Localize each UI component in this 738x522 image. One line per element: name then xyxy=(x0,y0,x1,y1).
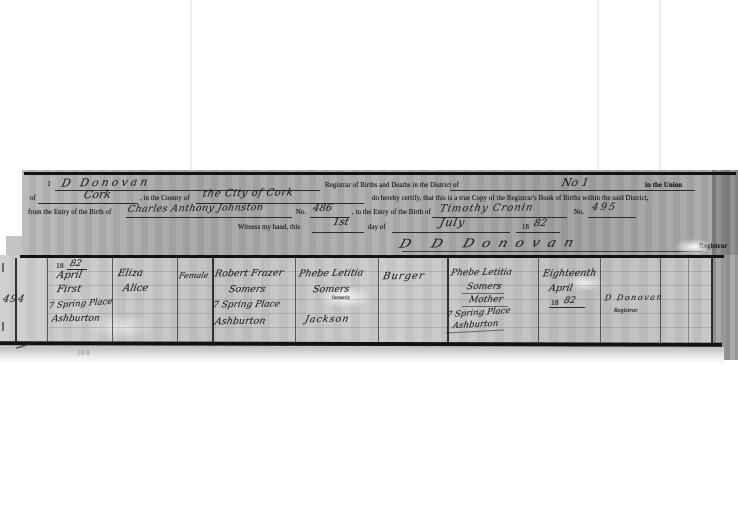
informant-name-line2: Somers xyxy=(466,282,502,292)
scan-streak xyxy=(190,0,192,170)
mother-name-line1: Phebe Letitia xyxy=(298,268,365,280)
table-ruling xyxy=(47,271,711,272)
no-label-2: No. xyxy=(574,209,584,216)
fill-in-line xyxy=(450,190,695,191)
birth-year-prefix-printed: 18 xyxy=(56,261,64,270)
fill-in-line xyxy=(588,217,636,218)
table-top-border xyxy=(20,255,724,258)
from-entry-no-handwritten: 486 xyxy=(312,203,333,214)
scan-streak xyxy=(597,0,599,170)
fill-in-line xyxy=(516,232,560,233)
table-ruling xyxy=(47,327,711,328)
fill-in-line xyxy=(126,217,292,218)
fill-in-line xyxy=(392,232,510,233)
scan-white-blotch xyxy=(668,236,720,258)
certificate-intro: I xyxy=(48,181,50,188)
certify-text-printed: do hereby certify, that this is a true C… xyxy=(372,195,649,202)
mother-maiden-name: Jackson xyxy=(304,314,351,326)
birth-year-handwritten: 82 xyxy=(69,259,82,269)
witness-label: Witness my hand, this xyxy=(238,224,300,231)
entry-registrar-label: Registrar. xyxy=(614,308,639,314)
informant-qualification: Mother xyxy=(468,295,504,305)
father-profession: Burger xyxy=(382,271,426,283)
registered-year-handwritten: 82 xyxy=(563,296,576,306)
next-entry-fragment: 18 8 xyxy=(77,349,90,357)
birth-day: First xyxy=(56,284,82,295)
formerly-label-printed: formerly xyxy=(332,296,350,301)
witness-day-handwritten: 1st xyxy=(332,217,350,228)
fill-in-line xyxy=(38,203,138,204)
witness-year-prefix: 18 xyxy=(522,224,529,231)
father-name-line2: Somers xyxy=(228,284,267,296)
union-suffix-printed: in the Union xyxy=(645,182,682,189)
birth-month: April xyxy=(56,270,83,281)
day-of-label: day of xyxy=(368,224,386,231)
of-label: of xyxy=(30,195,36,202)
scan-pen-mark xyxy=(2,263,4,272)
father-address-line1: 7 Spring Place xyxy=(212,300,281,311)
witness-year-handwritten: 82 xyxy=(533,218,548,229)
registered-date-line1: Eighteenth xyxy=(542,268,598,280)
table-ruling xyxy=(47,313,711,314)
mother-name-line2: Somers xyxy=(312,284,351,296)
father-name-line1: Robert Frazer xyxy=(214,268,284,280)
table-column-line xyxy=(711,258,713,343)
child-sex: Female xyxy=(178,271,209,280)
to-entry-no-handwritten: 495 xyxy=(591,202,618,213)
certificate-signature-handwritten: D D Donovan xyxy=(398,235,584,250)
child-name-line1: Eliza xyxy=(117,268,144,279)
child-name-line2: Alice xyxy=(122,283,149,294)
county-label: , in the County of xyxy=(140,195,190,202)
father-address-line2: Ashburton xyxy=(214,316,267,328)
entry-number: 494 xyxy=(2,294,26,305)
signature-line xyxy=(402,251,702,252)
union-name-handwritten: Cork xyxy=(83,188,113,201)
registrar-title-printed: Registrar of Births and Deaths in the Di… xyxy=(325,182,459,189)
scanned-birth-certificate-page: I D Donovan Registrar of Births and Deat… xyxy=(0,0,738,522)
county-name-handwritten: the City of Cork xyxy=(202,187,295,199)
informant-name-line1: Phebe Letitia xyxy=(450,268,513,279)
to-entry-label: , to the Entry of the Birth of xyxy=(352,209,431,216)
fill-in-line xyxy=(312,232,364,233)
from-entry-label: from the Entry of the Birth of xyxy=(28,209,111,216)
no-label: No. xyxy=(296,209,306,216)
entry-registrar-signature: D Donovan xyxy=(604,293,664,303)
registered-year-prefix-printed: 18 xyxy=(551,298,559,307)
district-handwritten: No 1 xyxy=(561,176,590,189)
to-entry-name-handwritten: Timothy Cronin xyxy=(439,202,535,214)
underline xyxy=(549,307,585,308)
scan-streak xyxy=(659,0,661,170)
document-top-border xyxy=(24,172,736,175)
registered-date-line2: April xyxy=(548,283,574,294)
scan-bottom-fade xyxy=(0,347,724,364)
from-entry-name-handwritten: Charles Anthony Johnston xyxy=(127,202,265,215)
birth-address-line2: Ashburton xyxy=(51,314,101,325)
witness-month-handwritten: July xyxy=(439,216,467,229)
scan-pen-mark xyxy=(2,322,4,331)
